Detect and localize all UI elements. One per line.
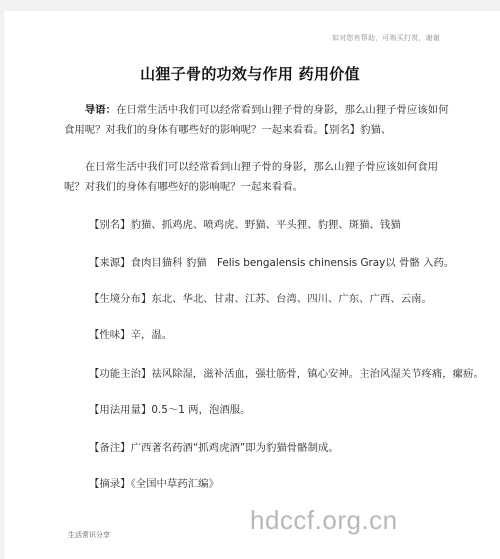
item-text: 祛风除湿，滋补活血，强壮筋骨，镇心安神。主治风湿关节疼痛，瘰疬。 [151, 368, 484, 380]
item-text: 食肉目猫科 豹猫 Felis bengalensis chinensis Gra… [131, 257, 455, 269]
list-item-remarks: 【备注】广西著名药酒“抓鸡虎酒”即为豹猫骨骼制成。 [89, 441, 339, 455]
item-label: 【性味】 [89, 329, 131, 341]
item-label: 【功能主治】 [89, 368, 151, 380]
list-item-functions: 【功能主治】祛风除湿，滋补活血，强壮筋骨，镇心安神。主治风湿关节疼痛，瘰疬。 [89, 367, 484, 381]
item-text: 0.5～1 两，泡酒服。 [151, 404, 250, 416]
list-item-source: 【来源】食肉目猫科 豹猫 Felis bengalensis chinensis… [89, 256, 454, 270]
header-note: 如对您有帮助，可购买打赏，谢谢 [332, 33, 440, 43]
item-label: 【别名】 [89, 219, 131, 231]
document-page [4, 11, 500, 559]
item-text: 辛，温。 [131, 329, 173, 341]
intro-lead-label: 导语： [85, 104, 116, 116]
item-text: 东北、华北、甘肃、江苏、台湾、四川、广东、广西、云南。 [151, 293, 432, 305]
list-item-dosage: 【用法用量】0.5～1 两，泡酒服。 [89, 403, 251, 417]
item-text: 《全国中草药汇编》 [131, 478, 219, 490]
item-label: 【备注】 [89, 442, 131, 454]
item-text: 广西著名药酒“抓鸡虎酒”即为豹猫骨骼制成。 [131, 442, 339, 454]
intro-text: 在日常生活中我们可以经常看到山狸子骨的身影，那么山狸子骨应该如何食用呢？对我们的… [64, 104, 448, 136]
intro-paragraph: 导语：在日常生活中我们可以经常看到山狸子骨的身影，那么山狸子骨应该如何食用呢？对… [64, 100, 456, 140]
item-label: 【摘录】 [89, 478, 131, 490]
item-label: 【生境分布】 [89, 293, 151, 305]
item-label: 【来源】 [89, 257, 131, 269]
item-text: 豹猫、抓鸡虎、喷鸡虎、野猫、平头狸、豹狸、斑猫、钱猫 [131, 219, 401, 231]
footer-label: 生活常识分享 [68, 530, 110, 540]
list-item-nature-taste: 【性味】辛，温。 [89, 328, 172, 342]
item-label: 【用法用量】 [89, 404, 151, 416]
list-item-alias: 【别名】豹猫、抓鸡虎、喷鸡虎、野猫、平头狸、豹狸、斑猫、钱猫 [89, 218, 401, 232]
list-item-habitat: 【生境分布】东北、华北、甘肃、江苏、台湾、四川、广东、广西、云南。 [89, 292, 432, 306]
list-item-excerpt: 【摘录】《全国中草药汇编》 [89, 477, 219, 491]
page-title: 山狸子骨的功效与作用 药用价值 [0, 63, 500, 84]
body-paragraph: 在日常生活中我们可以经常看到山狸子骨的身影，那么山狸子骨应该如何食用呢？对我们的… [64, 157, 456, 197]
watermark: hdccf.org.cn [250, 505, 398, 536]
